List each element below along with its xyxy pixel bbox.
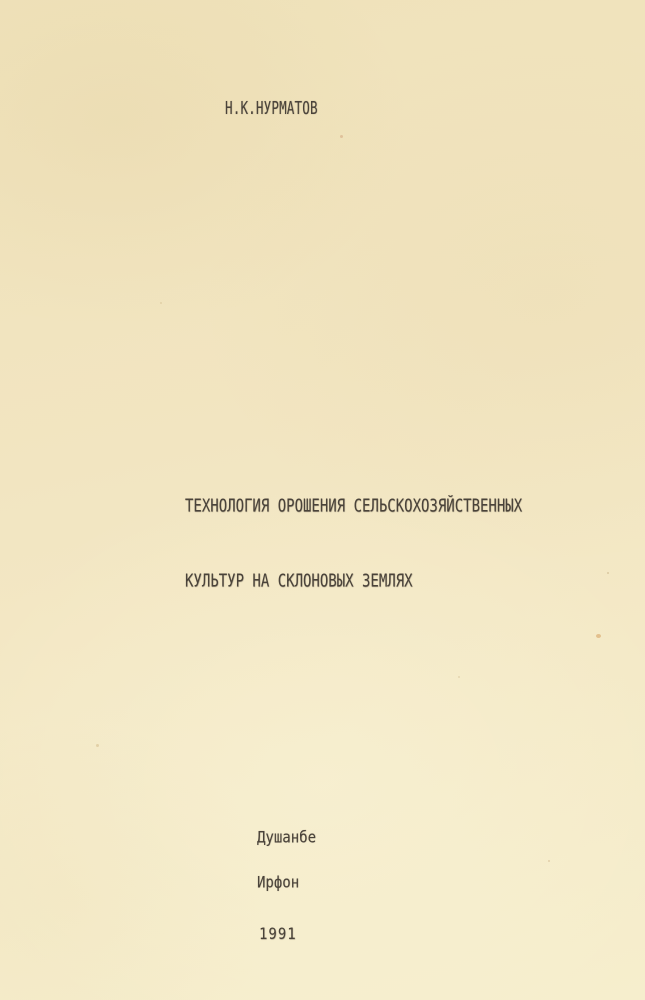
scanned-title-page: Н.К.НУРМАТОВ ТЕХНОЛОГИЯ ОРОШЕНИЯ СЕЛЬСКО… (0, 0, 645, 1000)
imprint-year: 1991 (257, 928, 316, 943)
paper-speck (340, 135, 343, 138)
paper-speck (596, 634, 601, 638)
paper-speck (548, 860, 550, 862)
imprint-block: Душанбе Ирфон 1991 (257, 801, 316, 972)
title-line-1: ТЕХНОЛОГИЯ ОРОШЕНИЯ СЕЛЬСКОХОЗЯЙСТВЕННЫХ (185, 494, 522, 519)
book-title: ТЕХНОЛОГИЯ ОРОШЕНИЯ СЕЛЬСКОХОЗЯЙСТВЕННЫХ… (185, 444, 522, 644)
paper-speck (160, 302, 162, 304)
paper-speck (96, 744, 99, 747)
imprint-city: Душанбе (257, 831, 316, 846)
imprint-publisher: Ирфон (257, 876, 316, 891)
title-line-2: КУЛЬТУР НА СКЛОНОВЫХ ЗЕМЛЯХ (185, 569, 522, 594)
author-name: Н.К.НУРМАТОВ (225, 97, 318, 118)
paper-speck (607, 572, 609, 574)
paper-speck (458, 676, 460, 678)
